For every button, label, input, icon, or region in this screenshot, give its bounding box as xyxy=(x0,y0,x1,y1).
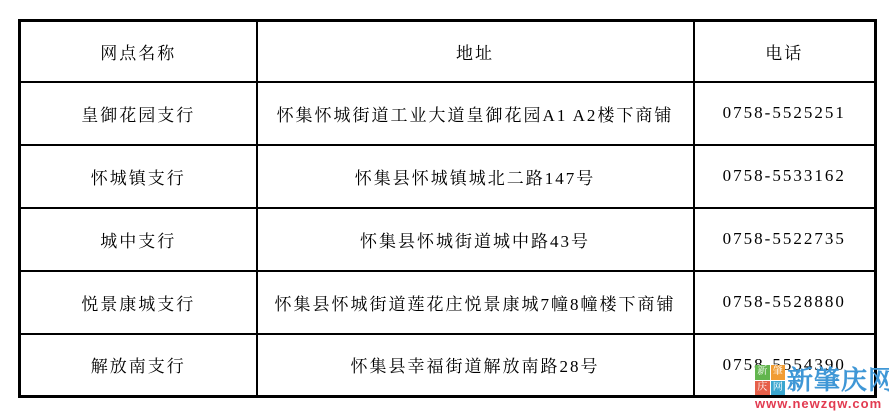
branch-name-cell: 怀城镇支行 xyxy=(20,145,257,208)
table-row: 城中支行 怀集县怀城街道城中路43号 0758-5522735 xyxy=(20,208,876,271)
branch-name-cell: 解放南支行 xyxy=(20,334,257,397)
logo-tile: 庆 xyxy=(755,381,770,396)
phone-cell: 0758-5533162 xyxy=(694,145,876,208)
phone-cell: 0758-5528880 xyxy=(694,271,876,334)
table-row: 解放南支行 怀集县幸福街道解放南路28号 0758-5554390 xyxy=(20,334,876,397)
phone-cell: 0758-5525251 xyxy=(694,82,876,145)
site-watermark: 新 肇 庆 网 新肇庆网 www.newzqw.com xyxy=(755,365,889,413)
table-row: 皇御花园支行 怀集怀城街道工业大道皇御花园A1 A2楼下商铺 0758-5525… xyxy=(20,82,876,145)
branch-contact-table: 网点名称 地址 电话 皇御花园支行 怀集怀城街道工业大道皇御花园A1 A2楼下商… xyxy=(18,19,877,398)
table-row: 悦景康城支行 怀集县怀城街道莲花庄悦景康城7幢8幢楼下商铺 0758-55288… xyxy=(20,271,876,334)
logo-tile: 网 xyxy=(771,381,786,396)
address-cell: 怀集县怀城镇城北二路147号 xyxy=(257,145,694,208)
header-cell-branch-name: 网点名称 xyxy=(20,21,257,82)
logo-tile: 肇 xyxy=(771,365,786,380)
table-row: 怀城镇支行 怀集县怀城镇城北二路147号 0758-5533162 xyxy=(20,145,876,208)
watermark-site-url: www.newzqw.com xyxy=(755,397,889,410)
logo-tile: 新 xyxy=(755,365,770,380)
phone-cell: 0758-5522735 xyxy=(694,208,876,271)
branch-name-cell: 城中支行 xyxy=(20,208,257,271)
branch-name-cell: 皇御花园支行 xyxy=(20,82,257,145)
watermark-site-name: 新肇庆网 xyxy=(787,367,889,393)
watermark-top-row: 新 肇 庆 网 新肇庆网 xyxy=(755,365,889,395)
address-cell: 怀集县怀城街道莲花庄悦景康城7幢8幢楼下商铺 xyxy=(257,271,694,334)
branch-table: 网点名称 地址 电话 皇御花园支行 怀集怀城街道工业大道皇御花园A1 A2楼下商… xyxy=(18,19,874,393)
table-header-row: 网点名称 地址 电话 xyxy=(20,21,876,82)
address-cell: 怀集县幸福街道解放南路28号 xyxy=(257,334,694,397)
site-logo-icon: 新 肇 庆 网 xyxy=(755,365,785,395)
header-cell-phone: 电话 xyxy=(694,21,876,82)
address-cell: 怀集县怀城街道城中路43号 xyxy=(257,208,694,271)
branch-name-cell: 悦景康城支行 xyxy=(20,271,257,334)
header-cell-address: 地址 xyxy=(257,21,694,82)
address-cell: 怀集怀城街道工业大道皇御花园A1 A2楼下商铺 xyxy=(257,82,694,145)
